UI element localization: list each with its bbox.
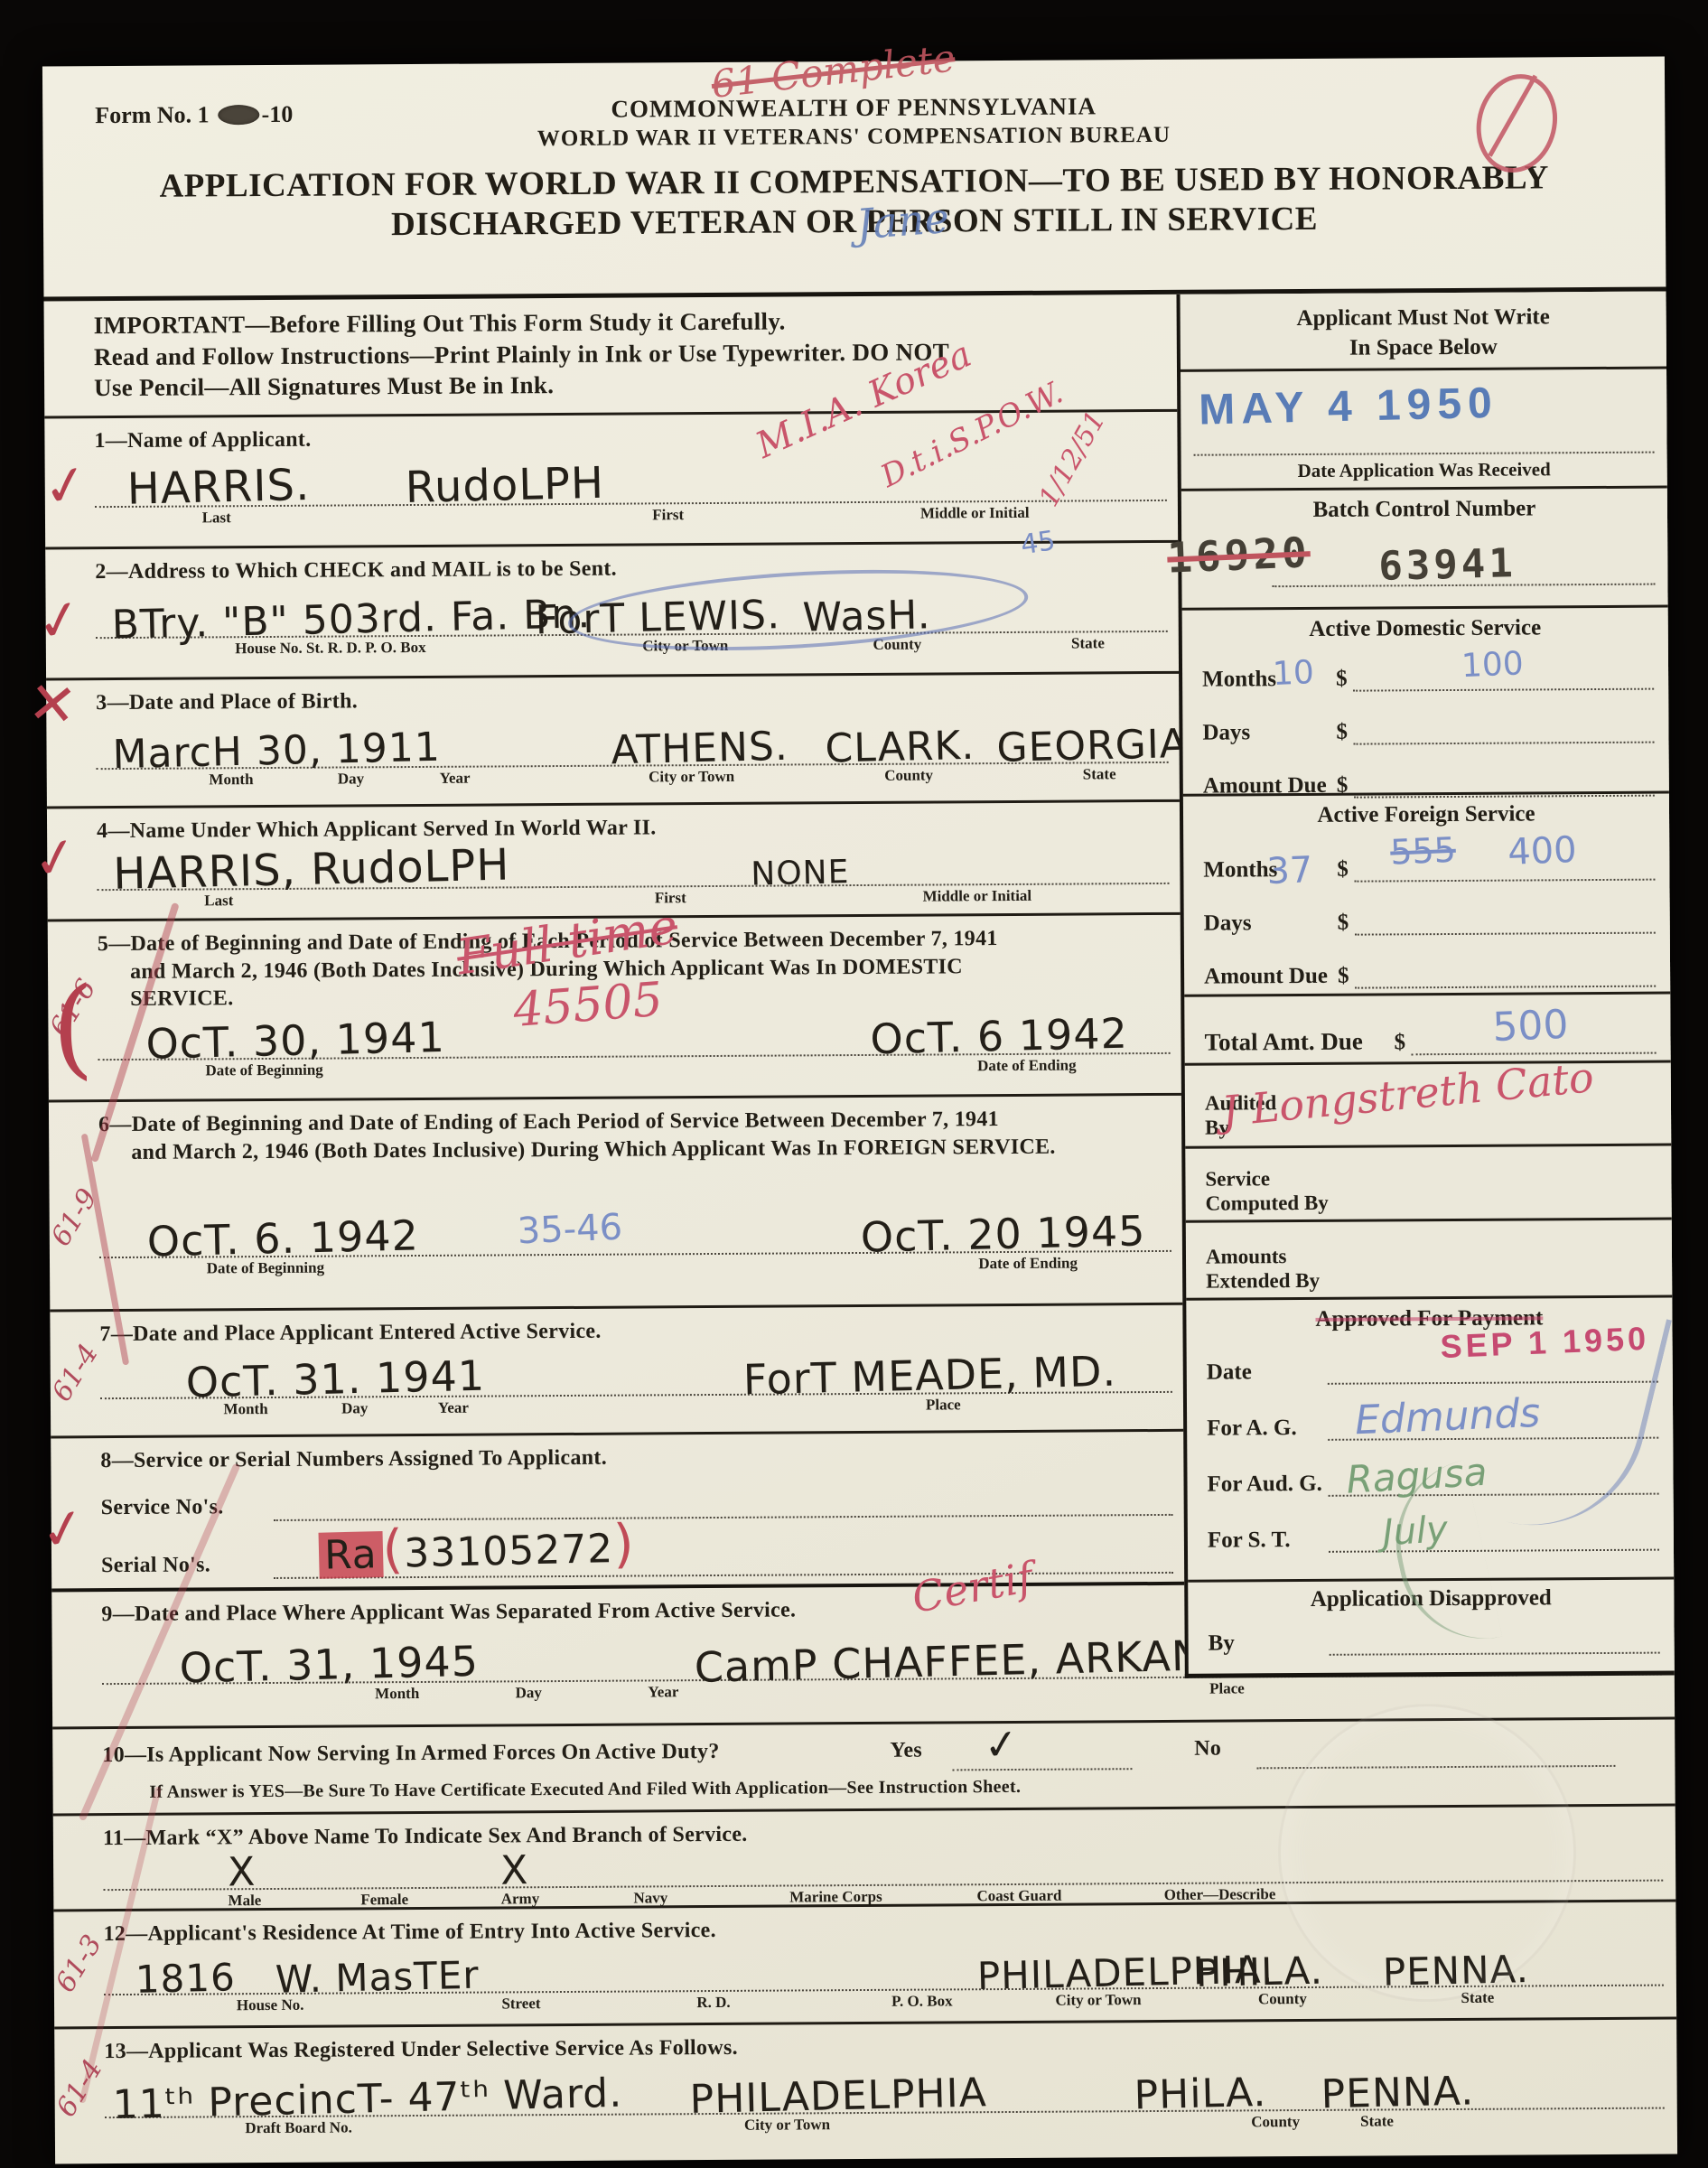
months-label: Months <box>1202 667 1336 693</box>
sublabel-day: Day <box>341 1399 368 1417</box>
sublabel-county: County <box>1251 2113 1300 2131</box>
red-x-icon: ✕ <box>25 669 80 741</box>
domestic-header: Active Domestic Service <box>1182 608 1668 643</box>
dollar-sign: $ <box>1336 720 1348 745</box>
sublabel-day: Day <box>516 1684 542 1702</box>
red-check-icon: ✓ <box>27 823 83 893</box>
service-nos-label: Service No's. <box>101 1493 268 1522</box>
total-value: 500 <box>1491 1002 1569 1051</box>
active-foreign-section: Active Foreign Service Months 37 $ 555 4… <box>1183 794 1670 997</box>
computed-label-1: Service <box>1205 1167 1328 1191</box>
field-5-domestic-service: 61-6 5—Date of Beginning and Date of End… <box>48 915 1183 1103</box>
sublabel-month: Month <box>375 1685 419 1703</box>
sublabel-state: State <box>1083 765 1116 783</box>
sublabel-last: Last <box>204 892 233 910</box>
ag-signature: Edmunds <box>1354 1390 1541 1444</box>
scanned-form-page: Form No. 1-10 COMMONWEALTH OF PENNSYLVAN… <box>42 57 1677 2164</box>
dollar-sign: $ <box>1337 773 1349 799</box>
sublabel-first: First <box>652 506 684 524</box>
dollar-sign: $ <box>1338 964 1349 989</box>
field-6-writing-line: OcT. 6. 1942 35-46 OcT. 20 1945 <box>99 1201 1171 1258</box>
batch-control-label: Batch Control Number <box>1181 489 1667 524</box>
service-computed-row: Service Computed By <box>1185 1146 1671 1223</box>
extended-label-1: Amounts <box>1206 1245 1320 1269</box>
sublabel-month: Month <box>209 771 253 789</box>
field-13-selective-service: 61-4 13—Applicant Was Registered Under S… <box>54 2019 1677 2161</box>
sublabel-county: County <box>1258 1990 1307 2008</box>
sublabel-middle-initial: Middle or Initial <box>920 504 1030 523</box>
red-check-icon: ✓ <box>35 1494 91 1565</box>
option-coast-guard: Coast Guard <box>976 1886 1061 1905</box>
serial-number-value: 33105272 <box>404 1526 614 1576</box>
active-domestic-section: Active Domestic Service Months 10 $ 100 … <box>1182 608 1669 797</box>
dollar-sign: $ <box>1337 857 1349 883</box>
field-2-address: ✓ 45 2—Address to Which CHECK and MAIL i… <box>45 543 1181 681</box>
handwritten-x-army: X <box>500 1847 529 1894</box>
field-3-birth: ✕ 3—Date and Place of Birth. MarcH 30, 1… <box>46 674 1181 809</box>
sublabel-date-of-ending: Date of Ending <box>977 1057 1077 1076</box>
date-received-label: Date Application Was Received <box>1181 458 1667 483</box>
red-paren-icon: ) <box>612 1512 635 1575</box>
embossed-seal-icon <box>1277 1703 1577 2003</box>
amounts-extended-label: Amounts Extended By <box>1206 1245 1320 1294</box>
extended-label-2: Extended By <box>1206 1268 1320 1293</box>
by-label: By <box>1209 1631 1324 1657</box>
foreign-amount-value: 400 <box>1507 829 1577 874</box>
days-label: Days <box>1204 911 1338 937</box>
sublabel-day: Day <box>338 770 364 788</box>
sublabel-city: City or Town <box>649 768 734 787</box>
foreign-amount-row: Amount Due $ <box>1184 938 1670 994</box>
option-army: Army <box>501 1890 540 1908</box>
service-no-line: Service No's. <box>100 1469 1172 1522</box>
foreign-months-row: Months 37 $ 555 400 <box>1183 827 1669 887</box>
sublabel-city: City or Town <box>1055 1991 1141 2010</box>
field-4-served-name: ✓ 4—Name Under Which Applicant Served In… <box>47 802 1182 922</box>
for-aud-label: For Aud. G. <box>1207 1472 1322 1498</box>
option-navy: Navy <box>633 1889 667 1907</box>
blue-pencil-mark: 45 <box>1019 525 1058 561</box>
extended-line: Amounts Extended By <box>1186 1220 1672 1297</box>
red-paren-icon: ( <box>51 974 95 1082</box>
sublabel-month: Month <box>223 1400 267 1418</box>
dollar-sign: $ <box>1336 667 1348 692</box>
field-7-entered-service: 61-4 7—Date and Place Applicant Entered … <box>50 1305 1185 1439</box>
yes-label: Yes <box>890 1737 922 1765</box>
form-header: Form No. 1-10 COMMONWEALTH OF PENNSYLVAN… <box>42 57 1666 297</box>
blue-pencil-note: 35-46 <box>517 1207 623 1253</box>
margin-code: 61-3 <box>50 1930 108 1998</box>
sublabel-date-of-beginning: Date of Beginning <box>205 1061 322 1080</box>
sublabel-city: City or Town <box>744 2116 830 2135</box>
handwritten-x-male: X <box>228 1849 257 1896</box>
for-st-label: For S. T. <box>1208 1528 1323 1554</box>
red-check-icon: ✓ <box>32 585 88 656</box>
sublabel-house: House No. St. R. D. P. O. Box <box>235 639 426 658</box>
computed-line: Service Computed By <box>1185 1146 1671 1219</box>
option-female: Female <box>360 1891 408 1909</box>
field-10-label: 10—Is Applicant Now Serving In Armed For… <box>102 1738 719 1770</box>
date-received-row: MAY 4 1950 Date Application Was Received <box>1181 369 1667 491</box>
amount-due-label: Amount Due <box>1204 964 1338 990</box>
domestic-months-value: 10 <box>1272 654 1314 693</box>
dollar-sign: $ <box>1338 911 1349 936</box>
sublabel-year: Year <box>438 1398 469 1416</box>
sublabel-year: Year <box>648 1683 678 1701</box>
sublabel-date-of-beginning: Date of Beginning <box>207 1259 324 1278</box>
foreign-amount-crossed: 555 <box>1389 830 1456 873</box>
service-computed-label: Service Computed By <box>1205 1167 1328 1216</box>
sublabel-po-box: P. O. Box <box>891 1992 953 2010</box>
margin-code: 61-4 <box>51 2054 109 2123</box>
option-marine-corps: Marine Corps <box>789 1888 882 1907</box>
blue-pencil-name: Jane <box>854 193 951 249</box>
batch-number-old: 16920 <box>1166 528 1311 582</box>
red-check-icon: ✓ <box>38 451 94 521</box>
option-male: Male <box>228 1892 261 1910</box>
domestic-months-row: Months 10 $ 100 <box>1182 640 1668 696</box>
field-7-writing-line: OcT. 31. 1941 ForT MEADE, MD. <box>100 1342 1172 1399</box>
dollar-sign: $ <box>1394 1030 1405 1055</box>
sublabel-county: County <box>884 766 933 784</box>
office-use-header: Applicant Must Not Write In Space Below <box>1180 292 1666 372</box>
audited-by-row: Audited By J Longstreth Cato <box>1185 1063 1672 1149</box>
date-label: Date <box>1207 1360 1322 1386</box>
no-label: No <box>1194 1735 1221 1763</box>
batch-control-row: Batch Control Number 16920 63941 <box>1181 489 1668 611</box>
sublabel-place: Place <box>926 1396 961 1414</box>
option-other: Other—Describe <box>1164 1885 1276 1904</box>
days-label: Days <box>1202 720 1336 746</box>
left-column: IMPORTANT—Before Filling Out This Form S… <box>44 294 1187 1593</box>
foreign-days-row: Days $ <box>1183 884 1669 940</box>
field-1-name: ✓ 1—Name of Applicant. M.I.A. Korea D.t.… <box>44 412 1180 550</box>
field-13-writing-line: 11ᵗʰ PrecincT- 47ᵗʰ Ward. PHILADELPHIA P… <box>104 2056 1664 2118</box>
red-paren-icon: ( <box>382 1518 405 1580</box>
sublabel-street: Street <box>501 1995 540 2013</box>
sublabel-middle-initial: Middle or Initial <box>922 887 1031 906</box>
field-6-foreign-service: 61-9 6—Date of Beginning and Date of End… <box>49 1096 1184 1313</box>
sublabel-house-no: House No. <box>237 1995 304 2014</box>
office-header-line2: In Space Below <box>1181 332 1666 364</box>
field-4-writing-line: HARRIS, RudoLPH NONE <box>97 839 1169 891</box>
handwritten-serial-number: Ra(33105272) <box>318 1512 635 1581</box>
form-body: IMPORTANT—Before Filling Out This Form S… <box>43 287 1674 1593</box>
sublabel-state: State <box>1360 2112 1394 2130</box>
total-amount-row: Total Amt. Due $ 500 <box>1184 995 1670 1066</box>
field-3-writing-line: MarcH 30, 1911 ATHENS. CLARK. GEORGIA <box>96 711 1168 770</box>
sublabel-state: State <box>1071 634 1105 652</box>
sublabel-rd: R. D. <box>696 1994 730 2012</box>
date-received-stamp: MAY 4 1950 <box>1199 378 1499 435</box>
red-highlighted-prefix: Ra <box>319 1531 384 1579</box>
batch-number-new: 63941 <box>1378 540 1517 590</box>
margin-code: 61-4 <box>46 1339 105 1407</box>
foreign-header: Active Foreign Service <box>1183 794 1669 829</box>
sublabel-place: Place <box>1209 1679 1245 1697</box>
sublabel-date-of-ending: Date of Ending <box>978 1255 1078 1274</box>
computed-label-2: Computed By <box>1206 1191 1329 1215</box>
total-label: Total Amt. Due <box>1204 1027 1394 1056</box>
sublabel-last: Last <box>202 509 231 527</box>
office-header-line1: Applicant Must Not Write <box>1180 292 1666 335</box>
domestic-amount-value: 100 <box>1461 645 1524 685</box>
sublabel-draft-board: Draft Board No. <box>245 2118 352 2137</box>
total-line: Total Amt. Due $ 500 <box>1184 995 1670 1061</box>
amounts-extended-row: Amounts Extended By <box>1186 1220 1673 1301</box>
field-1-writing-line: HARRIS. RudoLPH <box>95 449 1167 508</box>
domestic-days-row: Days $ <box>1182 694 1668 750</box>
for-ag-label: For A. G. <box>1207 1416 1322 1442</box>
red-number-note: 45505 <box>511 973 664 1038</box>
black-check-icon: ✓ <box>981 1718 1021 1771</box>
sublabel-year: Year <box>440 769 471 787</box>
